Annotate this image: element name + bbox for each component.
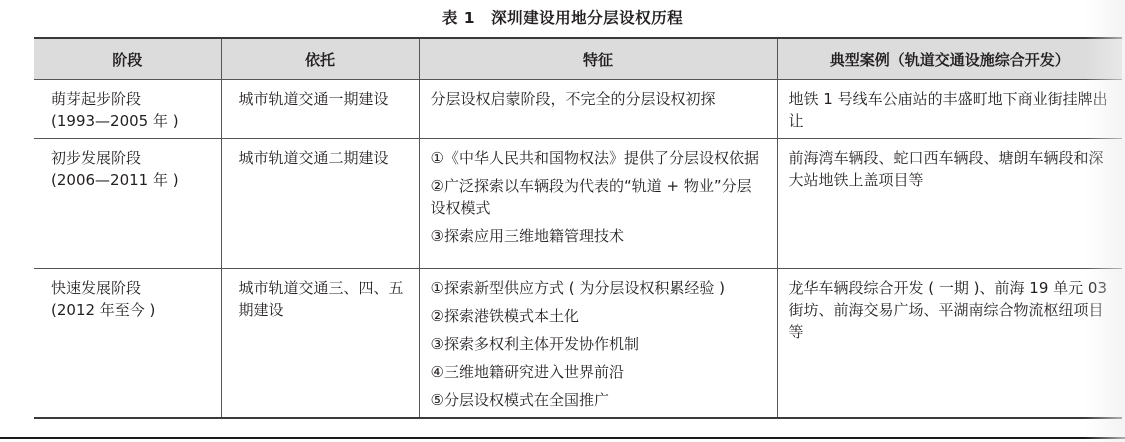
features-cell: ①探索新型供应方式 ( 为分层设权积累经验 ) ②探索港铁模式本土化 ③探索多权… bbox=[419, 269, 777, 419]
stage-period: (2006—2011 年 ) bbox=[51, 169, 211, 191]
table-row: 萌芽起步阶段 (1993—2005 年 ) 城市轨道交通一期建设 分层设权启蒙阶… bbox=[34, 80, 1122, 139]
header-row: 阶段 依托 特征 典型案例（轨道交通设施综合开发） bbox=[34, 38, 1122, 80]
table-number: 表 1 bbox=[442, 9, 475, 27]
cases-cell: 地铁 1 号线车公庙站的丰盛町地下商业街挂牌出让 bbox=[777, 80, 1122, 139]
feature-item: ②探索港铁模式本土化 bbox=[431, 305, 767, 327]
table-row: 快速发展阶段 (2012 年至今 ) 城市轨道交通三、四、五期建设 ①探索新型供… bbox=[34, 269, 1122, 419]
page-bottom-rule bbox=[0, 437, 1125, 439]
stage-cell: 快速发展阶段 (2012 年至今 ) bbox=[34, 269, 221, 419]
table-row: 初步发展阶段 (2006—2011 年 ) 城市轨道交通二期建设 ①《中华人民共… bbox=[34, 139, 1122, 269]
stages-table: 阶段 依托 特征 典型案例（轨道交通设施综合开发） 萌芽起步阶段 (1993—2… bbox=[34, 37, 1122, 419]
header-basis: 依托 bbox=[221, 38, 419, 80]
stage-cell: 初步发展阶段 (2006—2011 年 ) bbox=[34, 139, 221, 269]
cases-cell: 前海湾车辆段、蛇口西车辆段、塘朗车辆段和深大站地铁上盖项目等 bbox=[777, 139, 1122, 269]
stage-name: 初步发展阶段 bbox=[51, 147, 211, 169]
table-caption: 表 1深圳建设用地分层设权历程 bbox=[0, 6, 1125, 28]
feature-item: ②广泛探索以车辆段为代表的“轨道 + 物业”分层设权模式 bbox=[431, 175, 767, 219]
stage-period: (2012 年至今 ) bbox=[51, 299, 211, 321]
feature-item: 分层设权启蒙阶段，不完全的分层设权初探 bbox=[431, 88, 767, 110]
stage-cell: 萌芽起步阶段 (1993—2005 年 ) bbox=[34, 80, 221, 139]
stage-name: 萌芽起步阶段 bbox=[51, 88, 211, 110]
feature-item: ①探索新型供应方式 ( 为分层设权积累经验 ) bbox=[431, 277, 767, 299]
table-title: 深圳建设用地分层设权历程 bbox=[491, 9, 683, 27]
basis-cell: 城市轨道交通三、四、五期建设 bbox=[221, 269, 419, 419]
feature-item: ③探索多权利主体开发协作机制 bbox=[431, 333, 767, 355]
feature-item: ①《中华人民共和国物权法》提供了分层设权依据 bbox=[431, 147, 767, 169]
features-cell: ①《中华人民共和国物权法》提供了分层设权依据 ②广泛探索以车辆段为代表的“轨道 … bbox=[419, 139, 777, 269]
features-cell: 分层设权启蒙阶段，不完全的分层设权初探 bbox=[419, 80, 777, 139]
feature-item: ③探索应用三维地籍管理技术 bbox=[431, 225, 767, 247]
header-stage: 阶段 bbox=[34, 38, 221, 80]
basis-cell: 城市轨道交通一期建设 bbox=[221, 80, 419, 139]
header-features: 特征 bbox=[419, 38, 777, 80]
feature-item: ④三维地籍研究进入世界前沿 bbox=[431, 361, 767, 383]
stage-period: (1993—2005 年 ) bbox=[51, 110, 211, 132]
cases-cell: 龙华车辆段综合开发 ( 一期 )、前海 19 单元 03 街坊、前海交易广场、平… bbox=[777, 269, 1122, 419]
basis-cell: 城市轨道交通二期建设 bbox=[221, 139, 419, 269]
stage-name: 快速发展阶段 bbox=[51, 277, 211, 299]
header-cases: 典型案例（轨道交通设施综合开发） bbox=[777, 38, 1122, 80]
feature-item: ⑤分层设权模式在全国推广 bbox=[431, 389, 767, 411]
